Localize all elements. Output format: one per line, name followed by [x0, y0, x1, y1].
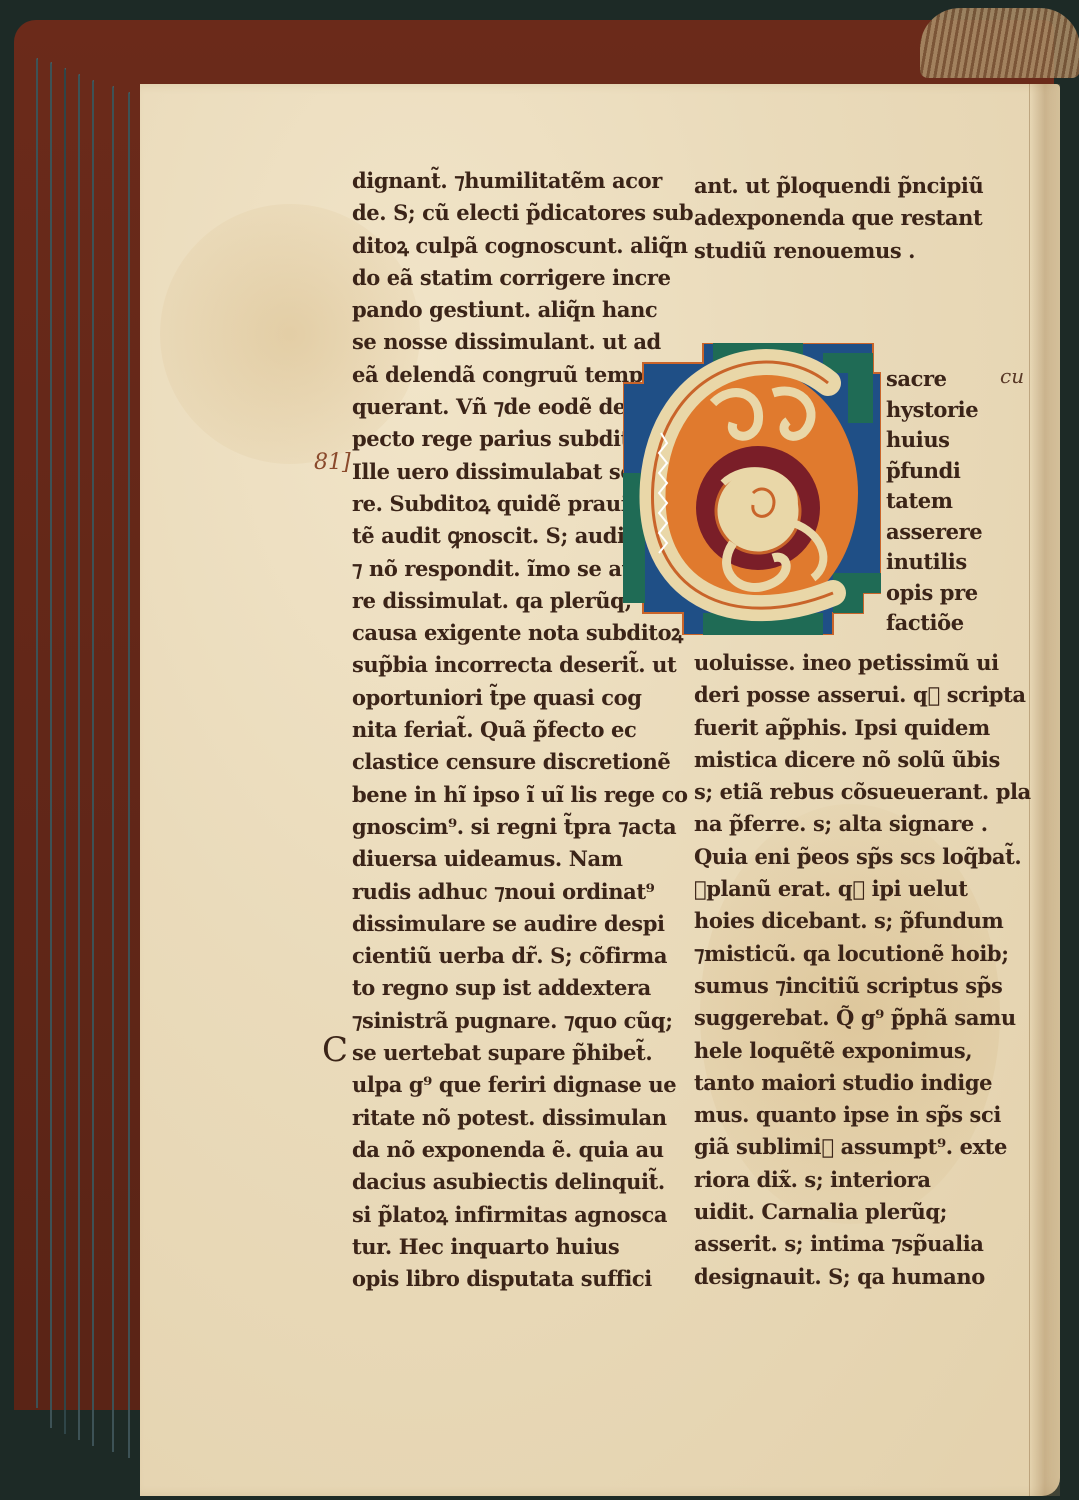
- text-line: ditoꝝ culpã cognoscunt. aliq̃n: [352, 230, 632, 262]
- text-line: ant. ut p̃loquendi p̃ncipiũ: [694, 170, 984, 202]
- leaf-edge: [128, 92, 130, 1458]
- marginal-catchword: cu: [1000, 364, 1024, 388]
- text-line: dacius asubiectis delinquit̃.: [352, 1166, 632, 1198]
- text-line: mus. quanto ipse in sp̃s sci: [694, 1099, 984, 1131]
- text-line: designauit. S; qa humano: [694, 1261, 984, 1293]
- text-line: tatem: [886, 486, 982, 517]
- text-line: inutilis: [886, 547, 982, 578]
- text-line: pecto rege parius subditur.: [352, 423, 632, 455]
- text-line: nita feriat̃. Quã p̃fecto ec: [352, 714, 632, 746]
- text-line: asserit. s; intima ⁊sp̃ualia: [694, 1228, 984, 1260]
- text-line: sacre: [886, 364, 982, 395]
- page-gutter: [1029, 84, 1060, 1496]
- text-line: fuerit ap̃phis. Ipsi quidem: [694, 712, 984, 744]
- illuminated-c-icon: [623, 343, 881, 635]
- text-line: dissimulare se audire despi: [352, 908, 632, 940]
- text-line: cientiũ uerba dr̃. S; cõfirma: [352, 940, 632, 972]
- text-line: suggerebat. Q̃ g⁹ p̃phã samu: [694, 1002, 984, 1034]
- text-beside-initial: sacre hystorie huius p̃fundi tatem asser…: [886, 364, 982, 639]
- marginal-note: 81]: [314, 450, 351, 475]
- text-line: se uertebat supare p̃hibet̃.: [352, 1037, 632, 1069]
- leaf-edge: [50, 62, 52, 1428]
- text-line: huius: [886, 425, 982, 456]
- text-line: asserere: [886, 517, 982, 548]
- text-line: do eã statim corrigere incre: [352, 262, 632, 294]
- text-line: se nosse dissimulant. ut ad: [352, 326, 632, 358]
- text-line: uoluisse. ineo petissimũ ui: [694, 647, 984, 679]
- leaf-edge: [92, 80, 94, 1446]
- text-line: re dissimulat. qa plerũq;: [352, 585, 632, 617]
- left-text-column: dignant̃. ⁊humilitatẽm acor de. S; cũ el…: [352, 165, 632, 1295]
- illuminated-initial: [623, 343, 881, 635]
- paragraph-initial: C: [322, 1030, 348, 1070]
- text-line: studiũ renouemus .: [694, 235, 984, 267]
- text-line: ritate nõ potest. dissimulan: [352, 1102, 632, 1134]
- text-line: Ille uero dissimulabat se audi: [352, 456, 632, 488]
- right-text-column-top: ant. ut p̃loquendi p̃ncipiũ adexponenda …: [694, 170, 984, 267]
- text-line: si p̃latoꝝ infirmitas agnosca: [352, 1199, 632, 1231]
- text-line: de. S; cũ electi p̃dicatores sub: [352, 197, 632, 229]
- text-line: querant. Vñ ⁊de eodẽ des: [352, 391, 632, 423]
- text-line: tẽ audit ꝙnoscit. S; audit: [352, 520, 632, 552]
- text-line: uidit. Carnalia plerũq;: [694, 1196, 984, 1228]
- text-line: ⁊ nõ respondit. ĩmo se audi: [352, 553, 632, 585]
- text-line: hele loquẽtẽ exponimus,: [694, 1035, 984, 1067]
- text-line: adexponenda que restant: [694, 202, 984, 234]
- text-line: s; etiã rebus cõsueuerant. pla: [694, 776, 984, 808]
- text-line: mistica dicere nõ solũ ũbis: [694, 744, 984, 776]
- text-line: bene in hĩ ipso ĩ uĩ lis rege co: [352, 779, 632, 811]
- text-line: deri posse asserui. q᷑ scripta: [694, 679, 984, 711]
- text-line: dignant̃. ⁊humilitatẽm acor: [352, 165, 632, 197]
- text-line: factiõe: [886, 608, 982, 639]
- text-line: to regno sup ist addextera: [352, 972, 632, 1004]
- text-line: hoies dicebant. s; p̃fundum: [694, 905, 984, 937]
- text-line: hystorie: [886, 395, 982, 426]
- text-line: ⁊sinistrã pugnare. ⁊quo cũq;: [352, 1005, 632, 1037]
- text-line: oportuniori t̃pe quasi cog: [352, 682, 632, 714]
- text-line: ⁊planũ erat. q᷑ ipi uelut: [694, 873, 984, 905]
- text-line: riora dix̃. s; interiora: [694, 1164, 984, 1196]
- text-line: opis libro disputata suffici: [352, 1263, 632, 1295]
- text-line: Quia eni p̃eos sp̃s scs loq̃bat̃.: [694, 841, 984, 873]
- text-line: ⁊misticũ. qa locutionẽ hoib;: [694, 938, 984, 970]
- text-line: p̃fundi: [886, 456, 982, 487]
- text-line: sumus ⁊incitiũ scriptus sp̃s: [694, 970, 984, 1002]
- text-line: na p̃ferre. s; alta signare .: [694, 808, 984, 840]
- leaf-edge: [112, 86, 114, 1452]
- text-line: pando gestiunt. aliq̃n hanc: [352, 294, 632, 326]
- text-line: diuersa uideamus. Nam: [352, 843, 632, 875]
- text-line: clastice censure discretionẽ: [352, 746, 632, 778]
- text-line: causa exigente nota subditoꝝ: [352, 617, 632, 649]
- text-line: gnoscim⁹. si regni t̃pra ⁊acta: [352, 811, 632, 843]
- text-line: da nõ exponenda ẽ. quia au: [352, 1134, 632, 1166]
- text-line: rudis adhuc ⁊noui ordinat⁹: [352, 876, 632, 908]
- text-line: tur. Hec inquarto huius: [352, 1231, 632, 1263]
- text-line: re. Subditoꝝ quidẽ prauita: [352, 488, 632, 520]
- text-line: opis pre: [886, 578, 982, 609]
- right-text-column: uoluisse. ineo petissimũ ui deri posse a…: [694, 647, 984, 1293]
- text-line: sup̃bia incorrecta deserit̃. ut: [352, 649, 632, 681]
- text-line: ulpa g⁹ que feriri dignase ue: [352, 1069, 632, 1101]
- text-line: giã sublimi᷑ assumpt⁹. exte: [694, 1131, 984, 1163]
- text-line: tanto maiori studio indige: [694, 1067, 984, 1099]
- text-line: eã delendã congruũ temp⁹: [352, 359, 632, 391]
- leaf-edge: [64, 68, 66, 1434]
- leaf-edge: [36, 58, 38, 1408]
- leaf-edge: [78, 74, 80, 1440]
